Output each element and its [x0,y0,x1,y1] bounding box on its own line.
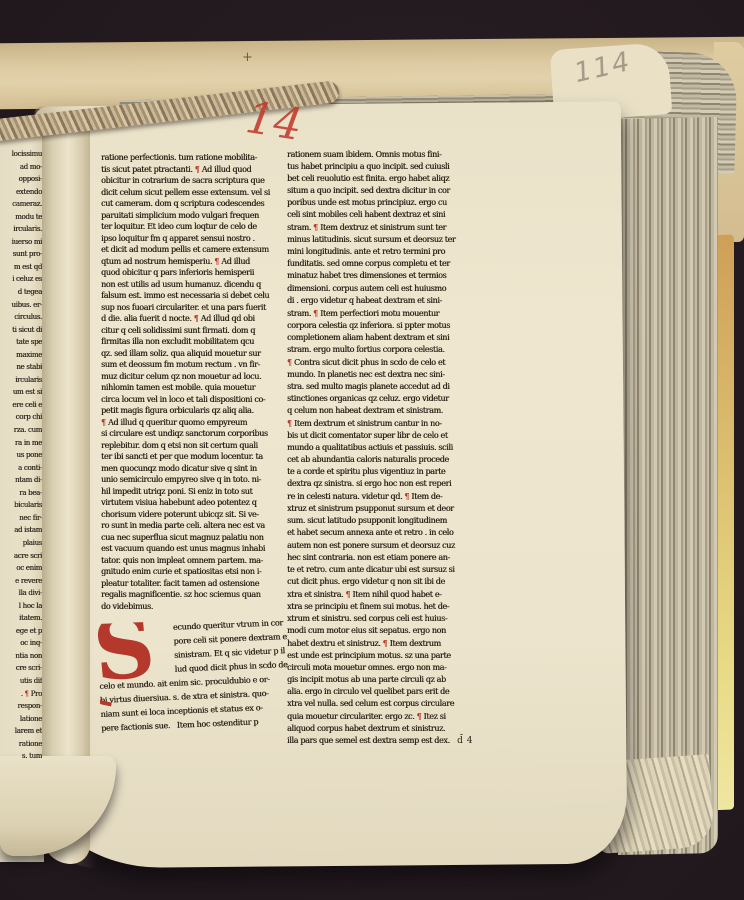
rubricated-initial-box: S [97,621,175,680]
left-text-column-second-paragraph: S ecundo queritur vtrum in corpore celi … [97,616,292,736]
left-text-column: ratione perfectionis. tum ratione mobili… [101,152,283,612]
facing-page-partial-text: locissimuad mo-opposi-extendocameraz.mod… [1,148,42,763]
red-ink-leaf-number: 14 [242,92,305,151]
page-stack-fore-edge [618,117,718,855]
ink-cross-mark: + [242,50,253,65]
right-text-column: rationem suam ibidem. Omnis motus fini-t… [287,149,475,747]
gutter-page-roll [42,128,90,864]
book-photograph: locissimuad mo-opposi-extendocameraz.mod… [0,0,744,900]
quire-signature-mark: d̄ 4 [287,736,473,746]
lombard-initial-s: S [97,616,158,692]
